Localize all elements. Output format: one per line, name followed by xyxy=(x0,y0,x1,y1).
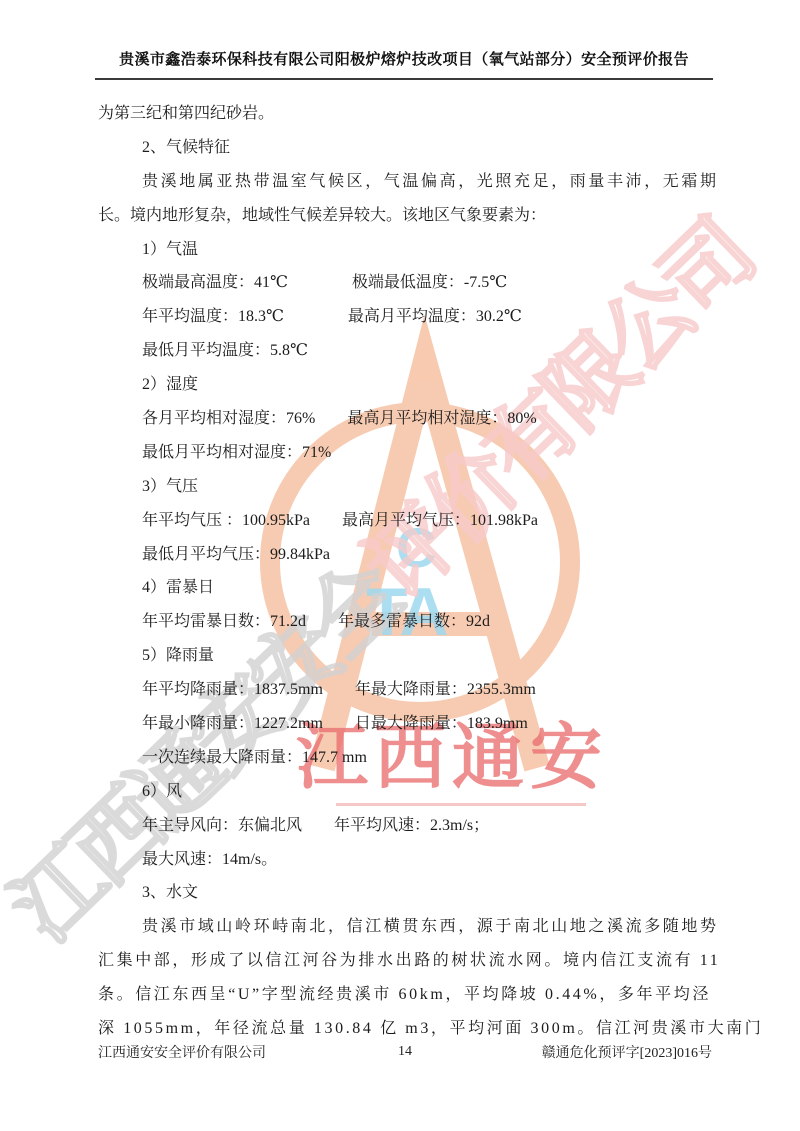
body-line: 年平均温度：18.3℃ 最高月平均温度：30.2℃ xyxy=(98,300,712,334)
page-header-title: 贵溪市鑫浩泰环保科技有限公司阳极炉熔炉技改项目（氧气站部分）安全预评价报告 xyxy=(95,48,713,80)
body-line: 长。境内地形复杂，地域性气候差异较大。该地区气象要素为： xyxy=(98,199,712,233)
document-content: 贵溪市鑫浩泰环保科技有限公司阳极炉熔炉技改项目（氧气站部分）安全预评价报告 为第… xyxy=(0,0,800,1131)
report-page: C TA 江西通安安全评价有限公司 江西通安 贵溪市鑫浩泰环保科技有限公司阳极炉… xyxy=(0,0,800,1131)
body-line: 3、水文 xyxy=(98,876,712,910)
body-line: 6）风 xyxy=(98,775,712,809)
body-line: 一次连续最大降雨量：147.7 mm xyxy=(98,741,712,775)
body-line: 贵溪地属亚热带温室气候区，气温偏高，光照充足，雨量丰沛，无霜期 xyxy=(98,165,712,199)
body-line: 1）气温 xyxy=(98,233,712,267)
body-line: 年最小降雨量：1227.2mm 日最大降雨量：183.9mm xyxy=(98,707,712,741)
body-line: 最大风速：14m/s。 xyxy=(98,843,712,877)
body-line: 4）雷暴日 xyxy=(98,571,712,605)
body-line: 最低月平均相对湿度：71% xyxy=(98,436,712,470)
body-line: 为第三纪和第四纪砂岩。 xyxy=(98,97,712,131)
body-line: 年平均降雨量：1837.5mm 年最大降雨量：2355.3mm xyxy=(98,673,712,707)
body-line: 2）湿度 xyxy=(98,368,712,402)
body-text: 为第三纪和第四纪砂岩。2、气候特征贵溪地属亚热带温室气候区，气温偏高，光照充足，… xyxy=(98,97,712,1046)
body-line: 最低月平均气压：99.84kPa xyxy=(98,538,712,572)
body-line: 极端最高温度：41℃ 极端最低温度：-7.5℃ xyxy=(98,266,712,300)
body-line: 贵溪市域山岭环峙南北，信江横贯东西，源于南北山地之溪流多随地势 xyxy=(98,910,712,944)
body-line: 深 1055mm，年径流总量 130.84 亿 m3，平均河面 300m。信江河… xyxy=(98,1012,712,1046)
body-line: 年平均气压 ：100.95kPa 最高月平均气压：101.98kPa xyxy=(98,504,712,538)
body-line: 3）气压 xyxy=(98,470,712,504)
page-footer: 江西通安安全评价有限公司 14 赣通危化预评字[2023]016号 xyxy=(98,1042,712,1062)
body-line: 汇集中部，形成了以信江河谷为排水出路的树状流水网。境内信江支流有 11 xyxy=(98,944,712,978)
body-line: 条。信江东西呈“U”字型流经贵溪市 60km，平均降坡 0.44%，多年平均泾 xyxy=(98,978,712,1012)
footer-doc-number: 赣通危化预评字[2023]016号 xyxy=(542,1042,712,1062)
body-line: 年主导风向：东偏北风 年平均风速：2.3m/s； xyxy=(98,809,712,843)
body-line: 5）降雨量 xyxy=(98,639,712,673)
body-line: 最低月平均温度：5.8℃ xyxy=(98,334,712,368)
body-line: 2、气候特征 xyxy=(98,131,712,165)
body-line: 各月平均相对湿度：76% 最高月平均相对湿度：80% xyxy=(98,402,712,436)
body-line: 年平均雷暴日数：71.2d 年最多雷暴日数：92d xyxy=(98,605,712,639)
